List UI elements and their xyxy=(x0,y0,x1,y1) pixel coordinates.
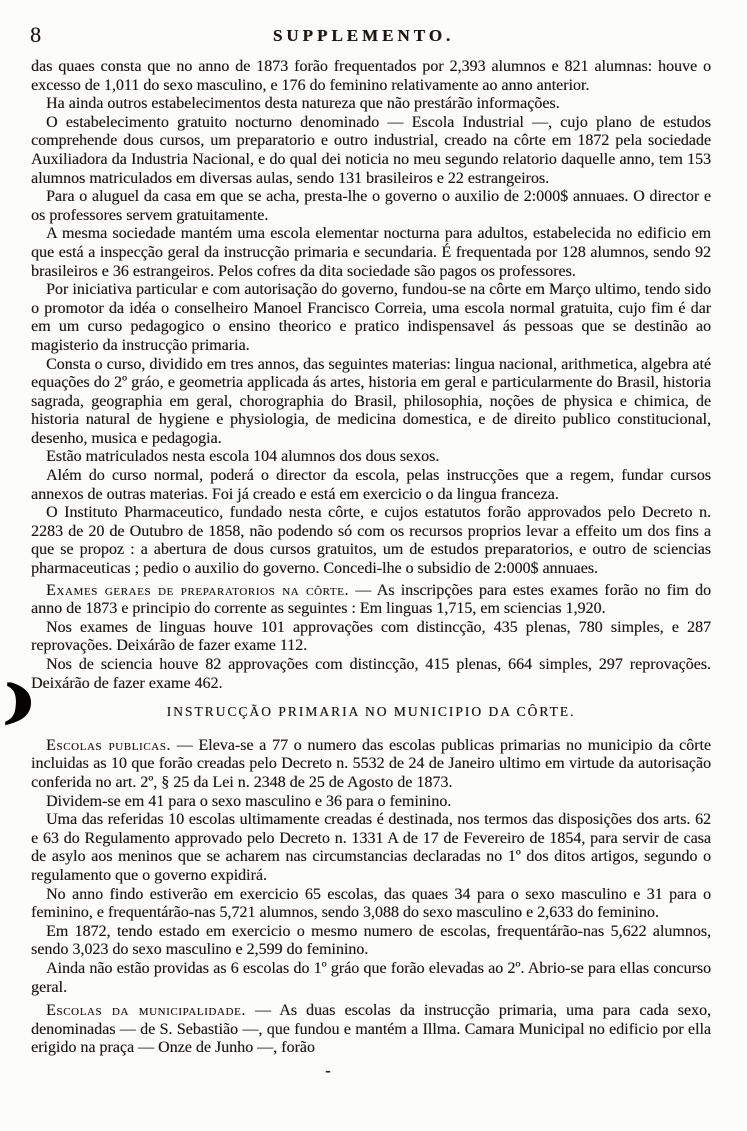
paragraph: O estabelecimento gratuito nocturno deno… xyxy=(31,114,711,188)
paragraph: das quaes consta que no anno de 1873 for… xyxy=(31,58,711,95)
paragraph-text: das quaes consta que no anno de 1873 for… xyxy=(31,58,711,94)
paragraph: A mesma sociedade mantém uma escola elem… xyxy=(31,225,711,281)
paragraph: Estão matriculados nesta escola 104 alum… xyxy=(31,448,711,467)
paragraph-text: Estão matriculados nesta escola 104 alum… xyxy=(46,448,439,465)
paragraph-text: Ainda não estão providas as 6 escolas do… xyxy=(31,960,711,996)
paragraph: Em 1872, tendo estado em exercicio o mes… xyxy=(31,923,711,960)
paragraph-text: O estabelecimento gratuito nocturno deno… xyxy=(31,114,711,187)
paragraph: Além do curso normal, poderá o director … xyxy=(31,467,711,504)
paragraph-text: No anno findo estiverão em exercicio 65 … xyxy=(31,886,711,922)
scanned-document-page: 8 SUPPLEMENTO. das quaes consta que no a… xyxy=(0,0,747,1131)
paragraph: Consta o curso, dividido em tres annos, … xyxy=(31,356,711,449)
paragraph: Ha ainda outros estabelecimentos desta n… xyxy=(31,95,711,114)
paragraph: O Instituto Pharmaceutico, fundado nesta… xyxy=(31,504,711,578)
paragraph-text: A mesma sociedade mantém uma escola elem… xyxy=(31,225,711,279)
paragraph-text: Consta o curso, dividido em tres annos, … xyxy=(31,356,711,447)
paragraph-text: O Instituto Pharmaceutico, fundado nesta… xyxy=(31,504,711,577)
smallcaps-lead: Escolas da municipalidade. xyxy=(46,1002,246,1019)
paragraph: Nos de sciencia houve 82 approvações com… xyxy=(31,656,711,693)
ink-blot-artifact: ) xyxy=(2,676,36,727)
paragraph: Escolas da municipalidade. — As duas esc… xyxy=(31,1002,711,1058)
printers-mark: - xyxy=(316,1061,340,1081)
section-heading: INSTRUCÇÃO PRIMARIA NO MUNICIPIO DA CÔRT… xyxy=(31,703,711,722)
paragraph: Para o aluguel da casa em que se acha, p… xyxy=(31,188,711,225)
paragraph-text: Além do curso normal, poderá o director … xyxy=(31,467,711,503)
paragraph-text: Em 1872, tendo estado em exercicio o mes… xyxy=(31,923,711,959)
paragraph-text: Uma das referidas 10 escolas ultimamente… xyxy=(31,811,711,884)
paragraph: Dividem-se em 41 para o sexo masculino e… xyxy=(31,793,711,812)
paragraph: Uma das referidas 10 escolas ultimamente… xyxy=(31,811,711,885)
paragraph-text: Dividem-se em 41 para o sexo masculino e… xyxy=(46,793,451,810)
paragraph: Por iniciativa particular e com autorisa… xyxy=(31,281,711,355)
paragraph-text: Para o aluguel da casa em que se acha, p… xyxy=(31,188,711,224)
smallcaps-lead: Escolas publicas. xyxy=(46,737,171,754)
paragraph: Exames geraes de preparatorios na côrte.… xyxy=(31,582,711,619)
paragraph-text: Ha ainda outros estabelecimentos desta n… xyxy=(46,95,560,112)
paragraph: Ainda não estão providas as 6 escolas do… xyxy=(31,960,711,997)
paragraph: Nos exames de linguas houve 101 approvaç… xyxy=(31,619,711,656)
paragraph: Escolas publicas. — Eleva-se a 77 o nume… xyxy=(31,737,711,793)
paragraph-text: Nos exames de linguas houve 101 approvaç… xyxy=(31,619,711,655)
paragraph-text: Por iniciativa particular e com autorisa… xyxy=(31,281,711,354)
paragraph: No anno findo estiverão em exercicio 65 … xyxy=(31,886,711,923)
paragraph-text: Nos de sciencia houve 82 approvações com… xyxy=(31,656,711,692)
document-body: das quaes consta que no anno de 1873 for… xyxy=(31,58,711,1058)
smallcaps-lead: Exames geraes de preparatorios na côrte. xyxy=(46,582,349,599)
running-title: SUPPLEMENTO. xyxy=(0,26,727,46)
